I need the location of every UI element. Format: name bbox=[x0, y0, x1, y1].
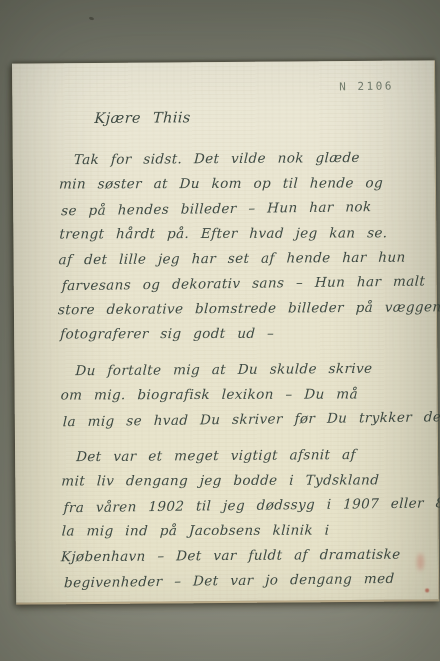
letter-line: fra våren 1902 til jeg dødssyg i 1907 el… bbox=[63, 491, 430, 521]
letter-line: Det var et meget vigtigt afsnit af bbox=[59, 442, 430, 470]
red-dot bbox=[425, 588, 429, 592]
letter-line: la mig ind på Jacobsens klinik i bbox=[61, 518, 430, 544]
letter-line: Du fortalte mig at Du skulde skrive bbox=[58, 356, 429, 384]
letter-line: Tak for sidst. Det vilde nok glæde bbox=[56, 145, 427, 173]
archival-number: N 2106 bbox=[339, 79, 394, 93]
letter-paragraph-1: Tak for sidst. Det vilde nok glæde min s… bbox=[57, 145, 429, 348]
letter-line: af det lille jeg har set af hende har hu… bbox=[58, 245, 428, 273]
letter-paper: N 2106 Kjære Thiis Tak for sidst. Det vi… bbox=[12, 60, 439, 604]
letter-line: la mig se hvad Du skriver før Du trykker… bbox=[62, 405, 429, 435]
photo-backdrop: N 2106 Kjære Thiis Tak for sidst. Det vi… bbox=[0, 0, 440, 661]
letter-paragraph-3: Det var et meget vigtigt afsnit af mit l… bbox=[59, 442, 430, 595]
letter-line: min søster at Du kom op til hende og bbox=[58, 171, 427, 197]
letter-line: farvesans og dekorativ sans – Hun har ma… bbox=[61, 269, 428, 299]
dust-speck bbox=[89, 16, 95, 20]
letter-salutation: Kjære Thiis bbox=[56, 104, 427, 132]
red-smudge bbox=[417, 553, 424, 570]
letter-line: store dekorative blomstrede billeder på … bbox=[57, 295, 428, 323]
letter-line: trengt hårdt på. Efter hvad jeg kan se. bbox=[59, 221, 428, 247]
letter-line: se på hendes billeder – Hun har nok bbox=[61, 194, 428, 224]
letter-line: begivenheder – Det var jo dengang med bbox=[64, 566, 431, 596]
letter-line: Kjøbenhavn – Det var fuldt af dramatiske bbox=[60, 542, 430, 570]
letter-line: fotograferer sig godt ud – bbox=[60, 321, 429, 347]
letter-body: Kjære Thiis Tak for sidst. Det vilde nok… bbox=[56, 104, 430, 606]
letter-paragraph-2: Du fortalte mig at Du skulde skrive om m… bbox=[58, 356, 429, 434]
letter-line: om mig. biografisk lexikon – Du må bbox=[60, 382, 429, 408]
letter-line: mit liv dengang jeg bodde i Tydskland bbox=[61, 468, 430, 494]
